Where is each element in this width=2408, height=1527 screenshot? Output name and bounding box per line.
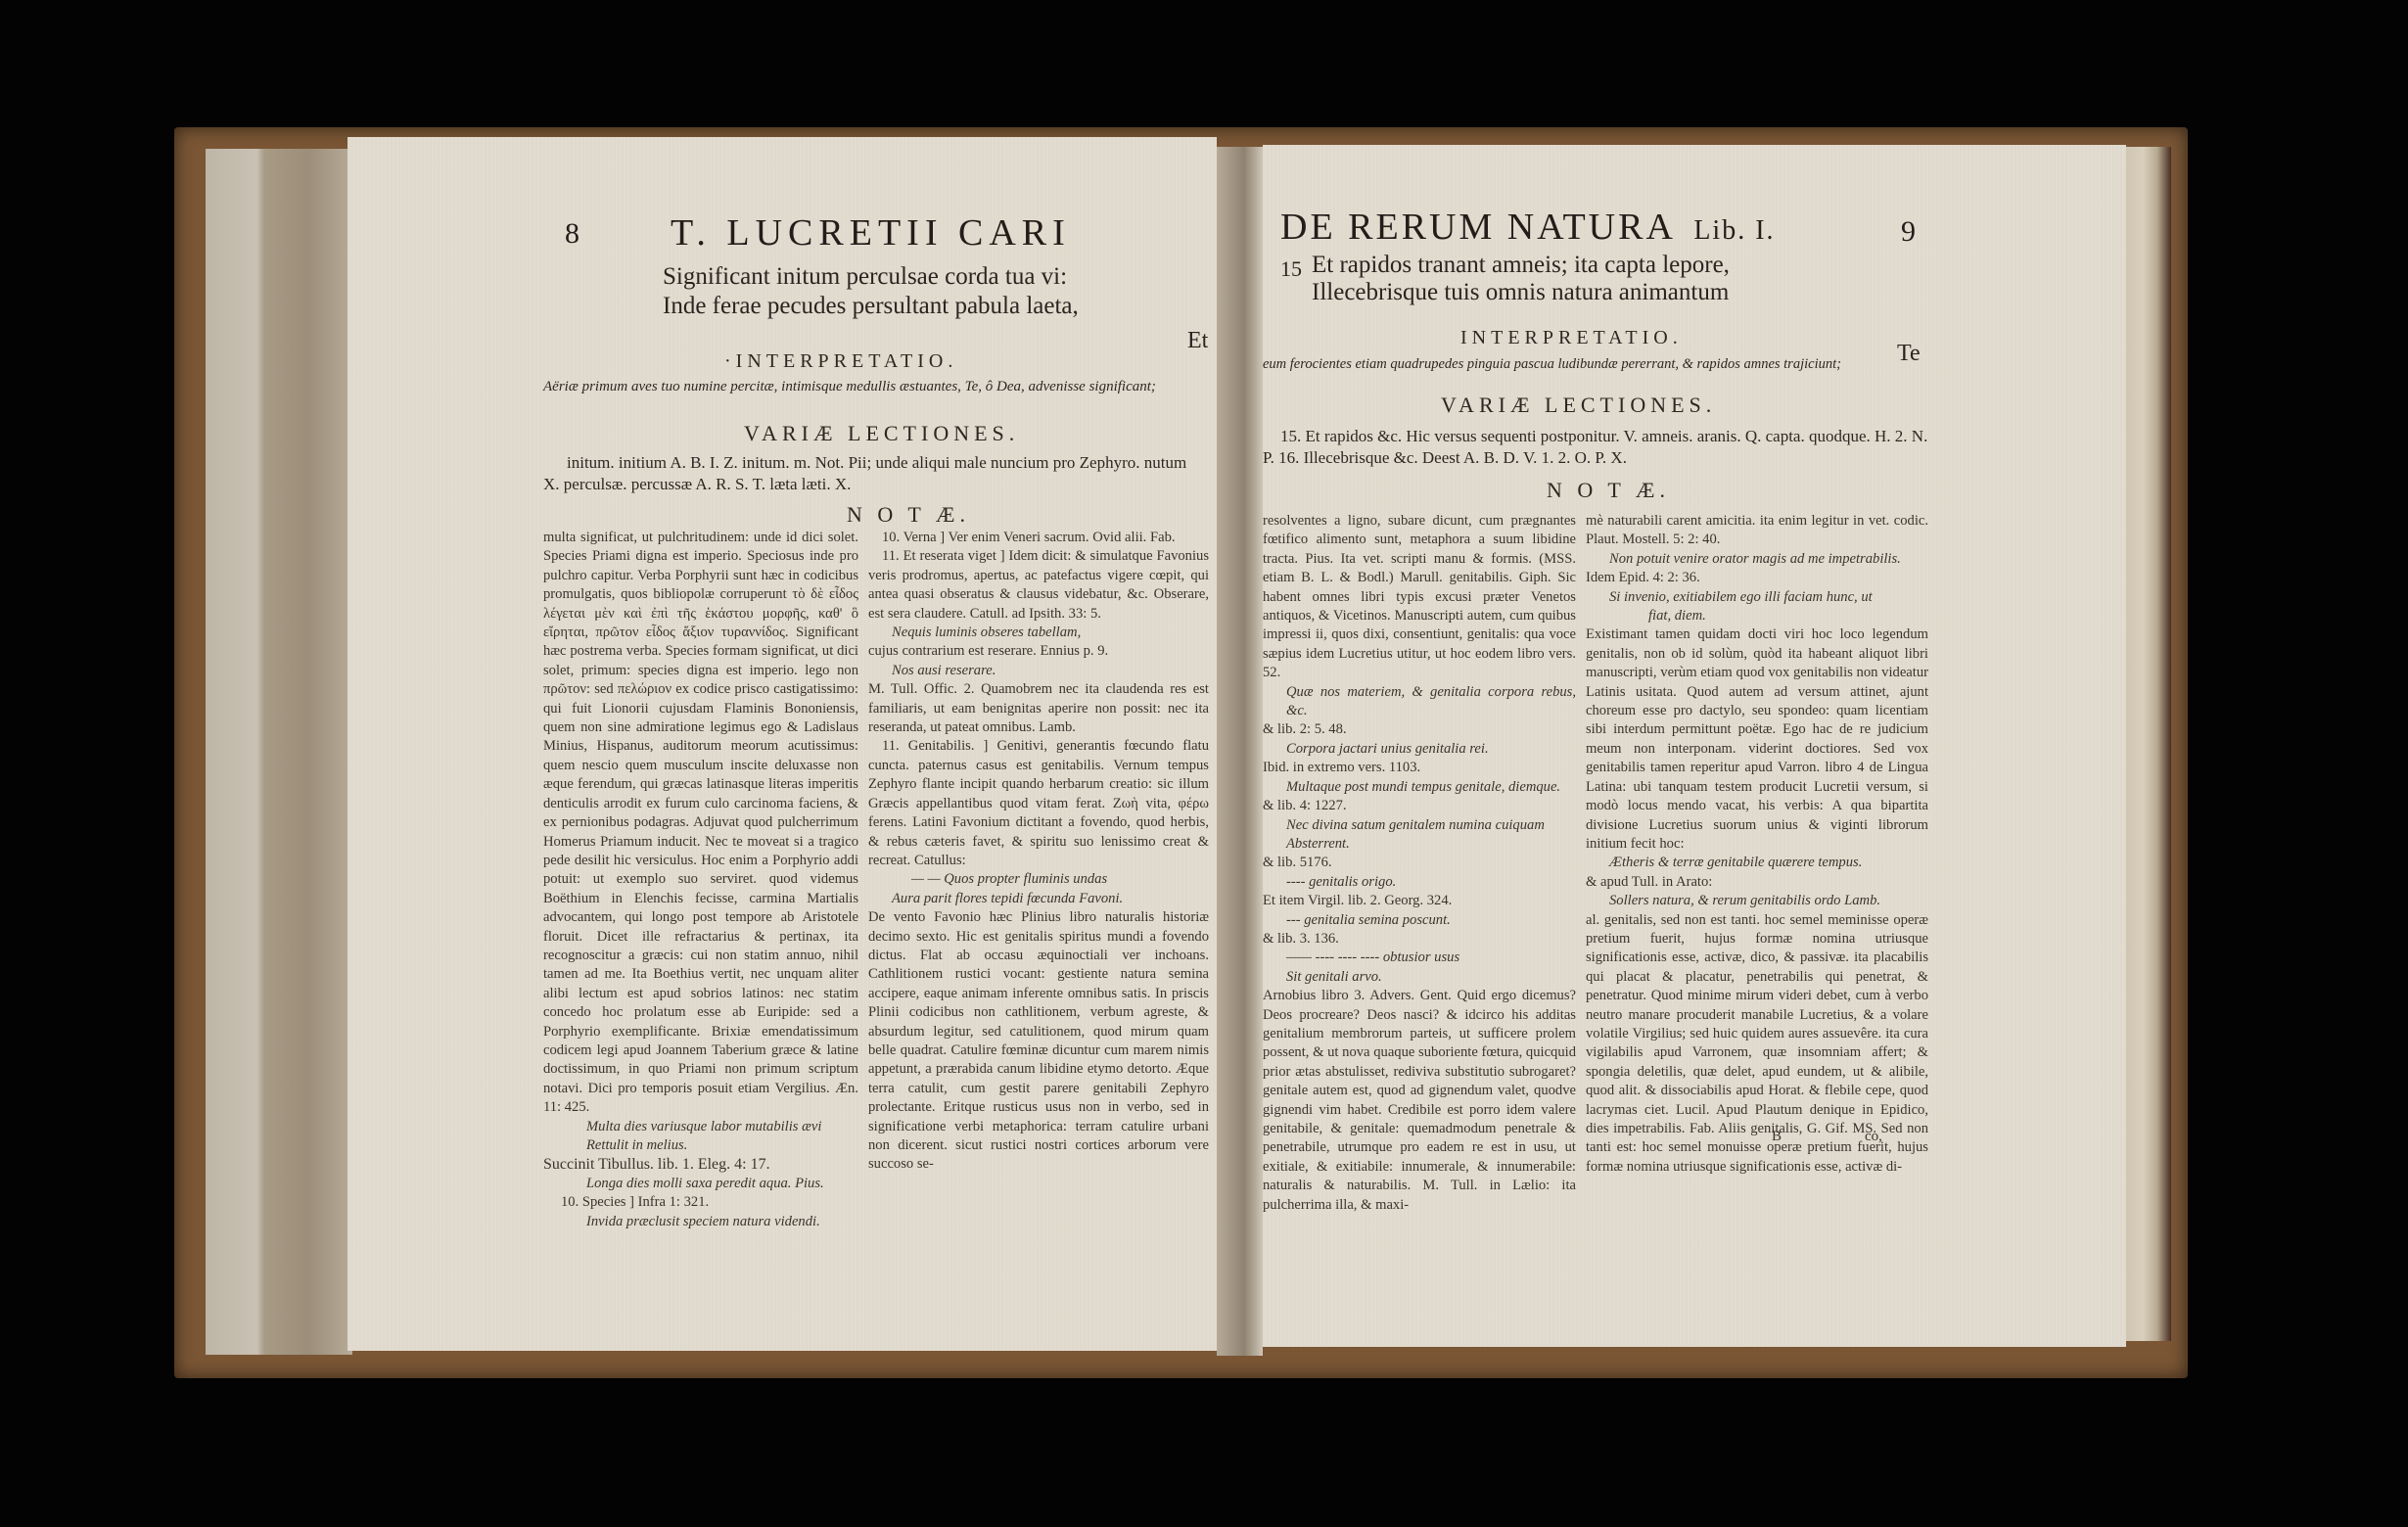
- quotation-line: Aura parit flores tepidi fœcunda Favoni.: [868, 890, 1209, 908]
- notae-column-1: resolventes a ligno, subare dicunt, cum …: [1263, 512, 1576, 1215]
- notae-paragraph: mè naturabili carent amicitia. ita enim …: [1586, 512, 1928, 550]
- running-head-book: Lib. I.: [1693, 215, 1775, 246]
- variae-lectiones-heading: VARIÆ LECTIONES.: [1441, 393, 1716, 418]
- notae-paragraph: 11. Et reserata viget ] Idem dicit: & si…: [868, 547, 1209, 624]
- page-number: 9: [1901, 215, 1916, 249]
- notae-column-1: multa significat, ut pulchritudinem: und…: [543, 529, 858, 1231]
- running-head: DE RERUM NATURA Lib. I.: [1280, 206, 1776, 249]
- notae-reference: & lib. 5176.: [1263, 854, 1576, 872]
- quotation-line: — — Quos propter fluminis undas: [868, 870, 1209, 889]
- verse-line-2: Illecebrisque tuis omnis natura animantu…: [1312, 278, 1729, 307]
- quotation-line: Nec divina satum genitalem numina cuiqua…: [1263, 816, 1576, 835]
- quotation-line: fiat, diem.: [1586, 607, 1928, 625]
- quotation-line: Invida præclusit speciem natura videndi.: [543, 1213, 858, 1231]
- notae-reference: & apud Tull. in Arato:: [1586, 873, 1928, 892]
- notae-paragraph: Existimant tamen quidam docti viri hoc l…: [1586, 625, 1928, 854]
- quotation-line: Non potuit venire orator magis ad me imp…: [1586, 550, 1928, 569]
- variae-lectiones-heading: VARIÆ LECTIONES.: [744, 421, 1019, 446]
- variae-lectiones-text: 15. Et rapidos &c. Hic versus sequenti p…: [1263, 426, 1938, 469]
- notae-paragraph: De vento Favonio hæc Plinius libro natur…: [868, 908, 1209, 1175]
- variae-lectiones-text: initum. initium A. B. I. Z. initum. m. N…: [543, 452, 1205, 495]
- right-page: DE RERUM NATURA Lib. I. 9 15 Et rapidos …: [1263, 145, 2126, 1347]
- notae-reference: Succinit Tibullus. lib. 1. Eleg. 4: 17.: [543, 1155, 858, 1174]
- verse-line-2: Inde ferae pecudes persultant pabula lae…: [663, 292, 1079, 321]
- quotation-line: Longa dies molli saxa peredit aqua. Pius…: [543, 1175, 858, 1193]
- notae-paragraph: M. Tull. Offic. 2. Quamobrem nec ita cla…: [868, 680, 1209, 737]
- verse-line-1: Significant initum perculsae corda tua v…: [663, 262, 1067, 292]
- notae-paragraph: Arnobius libro 3. Advers. Gent. Quid erg…: [1263, 987, 1576, 1215]
- notae-paragraph: cujus contrarium est reserare. Ennius p.…: [868, 642, 1209, 661]
- quotation-line: Quæ nos materiem, & genitalia corpora re…: [1263, 683, 1576, 721]
- quotation-line: Ætheris & terræ genitabile quærere tempu…: [1586, 854, 1928, 872]
- notae-paragraph: multa significat, ut pulchritudinem: und…: [543, 529, 858, 1118]
- right-page-block-edges: [2124, 147, 2171, 1341]
- catchword: Et: [1187, 328, 1208, 354]
- quotation-line: Multaque post mundi tempus genitale, die…: [1263, 778, 1576, 797]
- left-page: 8 T. LUCRETII CARI Significant initum pe…: [347, 137, 1217, 1351]
- quotation-line: Si invenio, exitiabilem ego illi faciam …: [1586, 588, 1928, 607]
- quotation-line: —— ---- ---- ---- obtusior usus: [1263, 949, 1576, 967]
- signature-mark: B: [1772, 1129, 1782, 1145]
- quotation-line: Corpora jactari unius genitalia rei.: [1263, 740, 1576, 759]
- notae-reference: Idem Epid. 4: 2: 36.: [1586, 569, 1928, 587]
- interpretatio-text: eum ferocientes etiam quadrupedes pingui…: [1263, 354, 1938, 374]
- notae-reference: & lib. 4: 1227.: [1263, 797, 1576, 815]
- notae-paragraph: 10. Verna ] Ver enim Veneri sacrum. Ovid…: [868, 529, 1209, 547]
- notae-column-2: mè naturabili carent amicitia. ita enim …: [1586, 512, 1928, 1177]
- quotation-line: --- genitalia semina poscunt.: [1263, 911, 1576, 930]
- notae-reference: & lib. 3. 136.: [1263, 930, 1576, 949]
- interpretatio-heading: ·INTERPRETATIO.: [724, 350, 957, 373]
- notae-heading: N O T Æ.: [1547, 478, 1670, 503]
- notae-heading: N O T Æ.: [847, 502, 970, 528]
- notae-reference: Ibid. in extremo vers. 1103.: [1263, 759, 1576, 777]
- notae-paragraph: resolventes a ligno, subare dicunt, cum …: [1263, 512, 1576, 683]
- quotation-line: Sollers natura, & rerum genitabilis ordo…: [1586, 892, 1928, 910]
- quotation-line: Nos ausi reserare.: [868, 662, 1209, 680]
- interpretatio-text: Aëriæ primum aves tuo numine percitæ, in…: [543, 377, 1205, 396]
- verse-line-1: Et rapidos tranant amneis; ita capta lep…: [1312, 251, 1730, 280]
- page-number: 8: [565, 217, 579, 251]
- quotation-line: Nequis luminis obseres tabellam,: [868, 624, 1209, 642]
- notae-column-2: 10. Verna ] Ver enim Veneri sacrum. Ovid…: [868, 529, 1209, 1175]
- quotation-line: Sit genitali arvo.: [1263, 968, 1576, 987]
- left-page-block-edges: [206, 149, 352, 1355]
- catchword-bottom: co,: [1865, 1129, 1882, 1145]
- notae-reference: Et item Virgil. lib. 2. Georg. 324.: [1263, 892, 1576, 910]
- running-head: T. LUCRETII CARI: [671, 211, 1071, 254]
- verse-number: 15: [1280, 254, 1302, 284]
- running-head-title: DE RERUM NATURA: [1280, 207, 1674, 248]
- quotation-line: Absterrent.: [1263, 835, 1576, 854]
- quotation-line: Rettulit in melius.: [543, 1136, 858, 1155]
- book-gutter: [1217, 147, 1263, 1356]
- notae-reference: & lib. 2: 5. 48.: [1263, 720, 1576, 739]
- notae-paragraph: 11. Genitabilis. ] Genitivi, generantis …: [868, 737, 1209, 870]
- notae-reference: 10. Species ] Infra 1: 321.: [543, 1193, 858, 1212]
- quotation-line: ---- genitalis origo.: [1263, 873, 1576, 892]
- quotation-line: Multa dies variusque labor mutabilis ævi: [543, 1118, 858, 1136]
- interpretatio-heading: INTERPRETATIO.: [1460, 327, 1683, 349]
